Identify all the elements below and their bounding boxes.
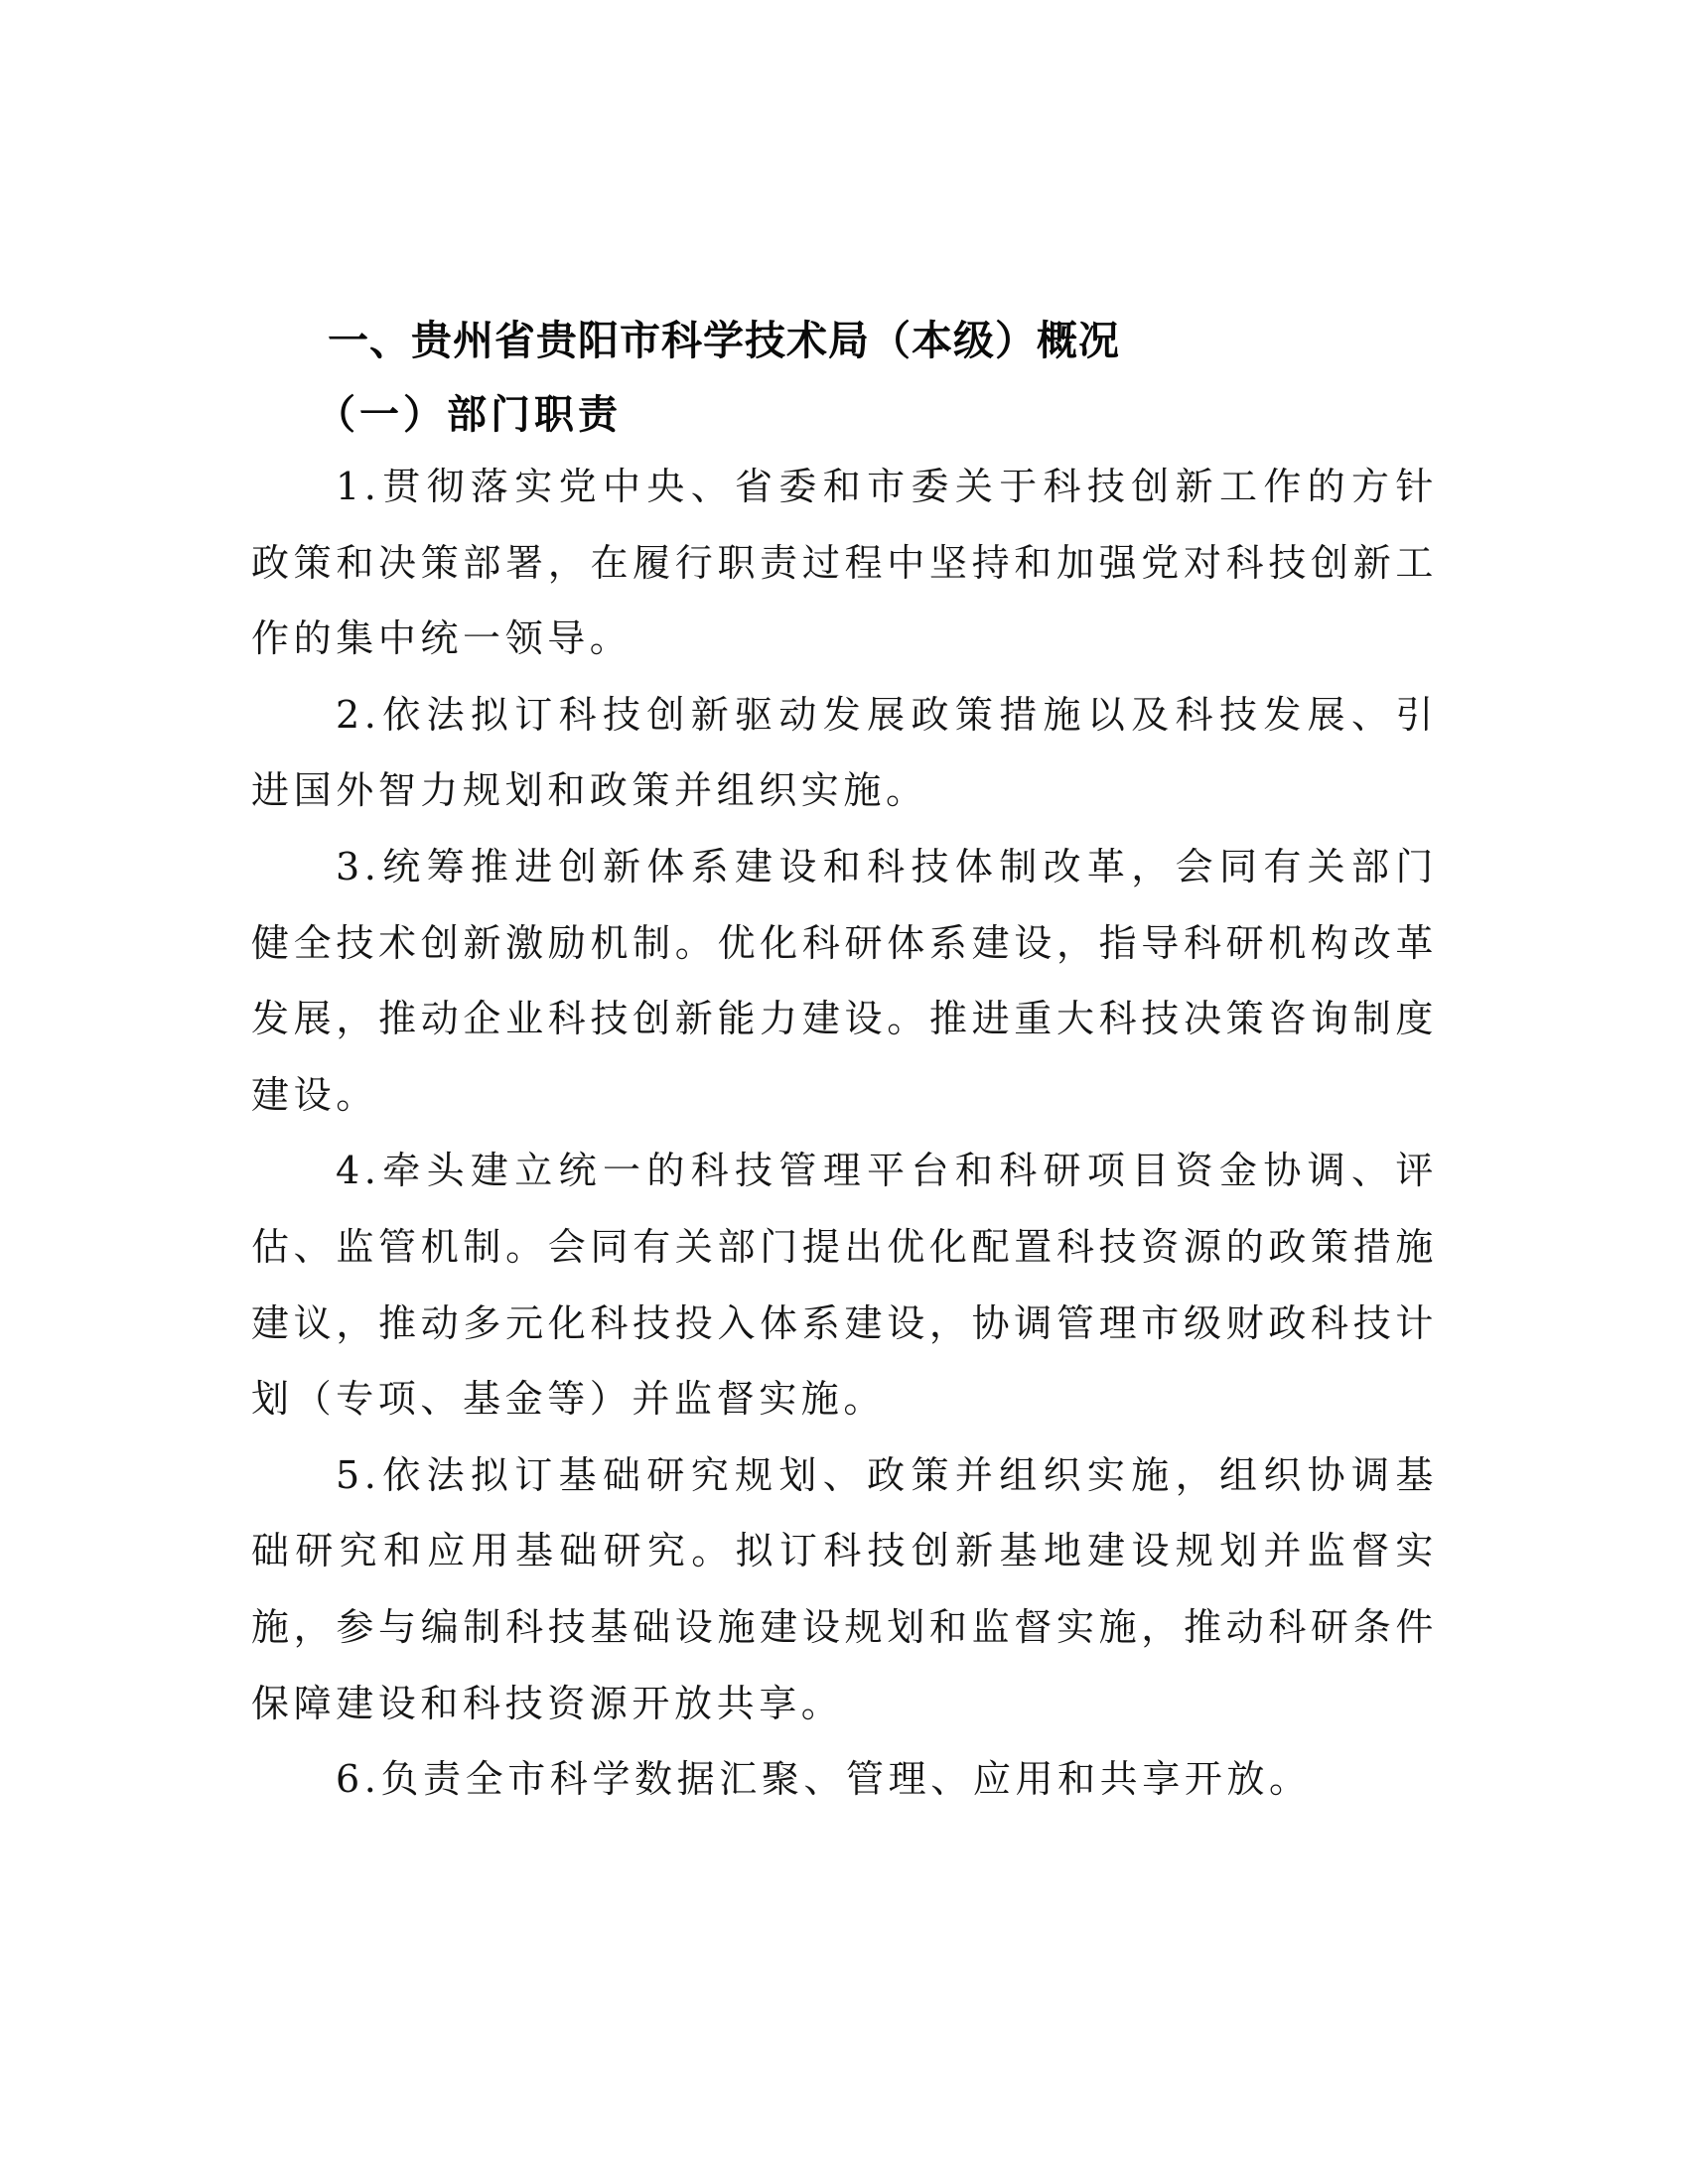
paragraph-duty-2: 2.依法拟订科技创新驱动发展政策措施以及科技发展、引进国外智力规划和政策并组织实… <box>251 677 1438 829</box>
paragraph-duty-6: 6.负责全市科学数据汇聚、管理、应用和共享开放。 <box>251 1741 1438 1818</box>
paragraph-duty-1: 1.贯彻落实党中央、省委和市委关于科技创新工作的方针政策和决策部署，在履行职责过… <box>251 449 1438 677</box>
section-heading: 一、贵州省贵阳市科学技术局（本级）概况 <box>328 316 1120 365</box>
document-page: 一、贵州省贵阳市科学技术局（本级）概况 （一）部门职责 1.贯彻落实党中央、省委… <box>0 0 1688 2184</box>
subsection-heading: （一）部门职责 <box>316 391 622 439</box>
paragraph-duty-4: 4.牵头建立统一的科技管理平台和科研项目资金协调、评估、监管机制。会同有关部门提… <box>251 1133 1438 1436</box>
body-text: 1.贯彻落实党中央、省委和市委关于科技创新工作的方针政策和决策部署，在履行职责过… <box>251 449 1438 1818</box>
paragraph-duty-5: 5.依法拟订基础研究规划、政策并组织实施，组织协调基础研究和应用基础研究。拟订科… <box>251 1437 1438 1741</box>
paragraph-duty-3: 3.统筹推进创新体系建设和科技体制改革，会同有关部门健全技术创新激励机制。优化科… <box>251 829 1438 1133</box>
